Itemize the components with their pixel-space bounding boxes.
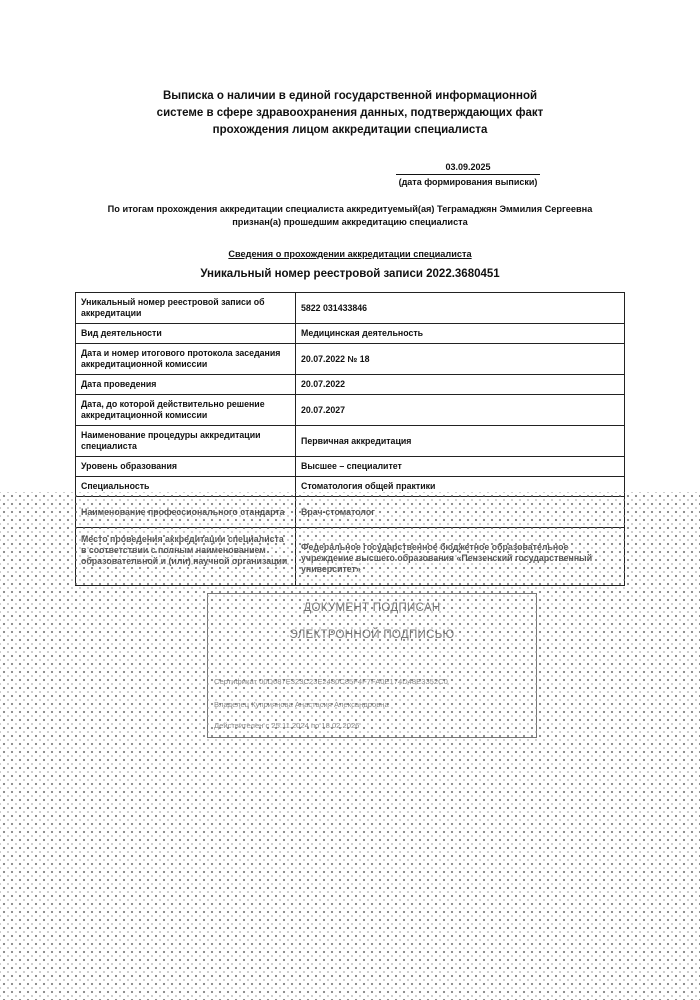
row-value: Первичная аккредитация: [296, 426, 625, 457]
row-value: 20.07.2027: [296, 395, 625, 426]
accreditation-info-table: Уникальный номер реестровой записи об ак…: [75, 292, 625, 586]
table-row: Дата и номер итогового протокола заседан…: [76, 344, 625, 375]
row-value: 20.07.2022: [296, 375, 625, 395]
row-label: Наименование профессионального стандарта: [76, 497, 296, 528]
row-label: Дата, до которой действительно решение а…: [76, 395, 296, 426]
row-label: Специальность: [76, 477, 296, 497]
row-label: Дата и номер итогового протокола заседан…: [76, 344, 296, 375]
row-label: Дата проведения: [76, 375, 296, 395]
title-line: прохождения лицом аккредитации специалис…: [100, 122, 600, 139]
table-row: Дата, до которой действительно решение а…: [76, 395, 625, 426]
table-row: Вид деятельности Медицинская деятельност…: [76, 324, 625, 344]
stamp-certificate: Сертификат 00D687E323C23E2480C85F4F7FA0E…: [214, 677, 448, 686]
row-label: Вид деятельности: [76, 324, 296, 344]
row-value: Медицинская деятельность: [296, 324, 625, 344]
table-row: Наименование процедуры аккредитации спец…: [76, 426, 625, 457]
record-number-heading: Уникальный номер реестровой записи 2022.…: [150, 268, 550, 280]
issue-date: 03.09.2025: [396, 162, 540, 175]
table-row: Уровень образования Высшее – специалитет: [76, 457, 625, 477]
result-line: признан(а) прошедшим аккредитацию специа…: [80, 216, 620, 229]
title-line: системе в сфере здравоохранения данных, …: [100, 105, 600, 122]
table-row: Дата проведения 20.07.2022: [76, 375, 625, 395]
table-row: Наименование профессионального стандарта…: [76, 497, 625, 528]
row-label: Наименование процедуры аккредитации спец…: [76, 426, 296, 457]
accreditation-result-text: По итогам прохождения аккредитации специ…: [80, 203, 620, 229]
row-label: Уровень образования: [76, 457, 296, 477]
row-value: Высшее – специалитет: [296, 457, 625, 477]
document-page: Выписка о наличии в единой государственн…: [0, 0, 700, 1000]
section-heading: Сведения о прохождении аккредитации спец…: [150, 249, 550, 259]
issue-date-block: 03.09.2025 (дата формирования выписки): [396, 162, 540, 188]
table-row: Уникальный номер реестровой записи об ак…: [76, 293, 625, 324]
document-title: Выписка о наличии в единой государственн…: [100, 88, 600, 139]
title-line: Выписка о наличии в единой государственн…: [100, 88, 600, 105]
row-label: Место проведения аккредитации специалист…: [76, 528, 296, 586]
row-value: Стоматология общей практики: [296, 477, 625, 497]
row-value: Врач-стоматолог: [296, 497, 625, 528]
row-value: 20.07.2022 № 18: [296, 344, 625, 375]
result-line: По итогам прохождения аккредитации специ…: [80, 203, 620, 216]
row-value: 5822 031433846: [296, 293, 625, 324]
row-label: Уникальный номер реестровой записи об ак…: [76, 293, 296, 324]
issue-date-caption: (дата формирования выписки): [396, 176, 540, 188]
table-row: Место проведения аккредитации специалист…: [76, 528, 625, 586]
stamp-owner: Владелец Куприянова Анастасия Александро…: [214, 700, 389, 709]
stamp-title: ДОКУМЕНТ ПОДПИСАН: [208, 601, 536, 615]
table-row: Специальность Стоматология общей практик…: [76, 477, 625, 497]
stamp-subtitle: ЭЛЕКТРОННОЙ ПОДПИСЬЮ: [208, 628, 536, 642]
electronic-signature-stamp: ДОКУМЕНТ ПОДПИСАН ЭЛЕКТРОННОЙ ПОДПИСЬЮ С…: [207, 593, 537, 738]
stamp-validity: Действителен с 25.11.2024 по 18.02.2026: [214, 721, 359, 730]
row-value: Федеральное государственное бюджетное об…: [296, 528, 625, 586]
